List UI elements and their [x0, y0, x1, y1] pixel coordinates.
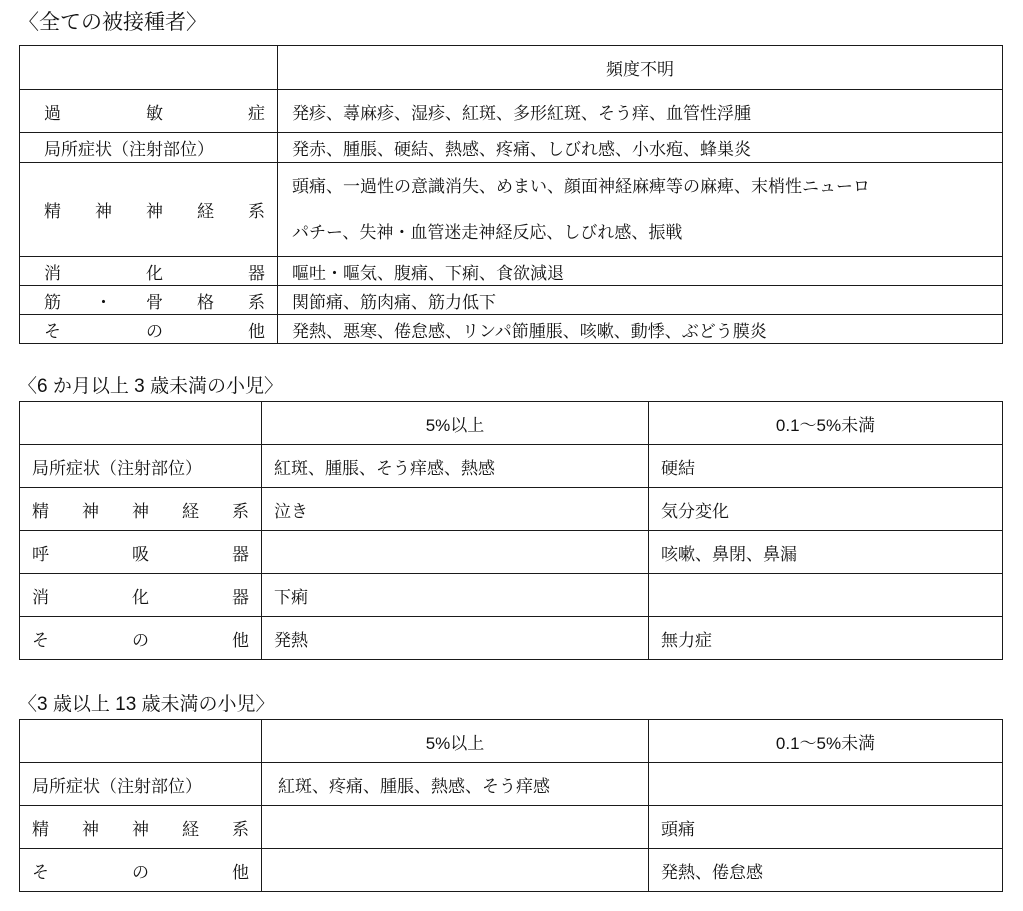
header-5pct-or-more: 5%以上: [262, 402, 649, 445]
freq-0-1-to-5pct-cell: 硬結: [649, 445, 1003, 488]
header-category-cell: [20, 402, 262, 445]
frequency-unknown-cell: 頭痛、一過性の意識消失、めまい、顔面神経麻痺等の麻痺、末梢性ニューロ パチー、失…: [278, 163, 1003, 257]
table-row: 消 化 器 下痢: [20, 574, 1003, 617]
table-header-row: 5%以上 0.1～5%未満: [20, 720, 1003, 763]
category-local-symptoms: 局所症状（注射部位）: [20, 133, 278, 163]
header-frequency-unknown: 頻度不明: [278, 46, 1003, 90]
freq-0-1-to-5pct-cell: 発熱、倦怠感: [649, 849, 1003, 892]
frequency-unknown-cell: 発熱、悪寒、倦怠感、リンパ節腫脹、咳嗽、動悸、ぶどう膜炎: [278, 315, 1003, 344]
category-digestive: 消 化 器: [20, 257, 278, 286]
freq-5pct-or-more-cell: 発熱: [262, 617, 649, 660]
category-local-symptoms: 局所症状（注射部位）: [20, 445, 262, 488]
freq-5pct-or-more-cell: 下痢: [262, 574, 649, 617]
frequency-unknown-cell: 発赤、腫脹、硬結、熱感、疼痛、しびれ感、小水疱、蜂巣炎: [278, 133, 1003, 163]
table-row: 過 敏 症 発疹、蕁麻疹、湿疹、紅斑、多形紅斑、そう痒、血管性浮腫: [20, 90, 1003, 133]
category-digestive: 消 化 器: [20, 574, 262, 617]
table-row: 精 神 神 経 系 泣き 気分変化: [20, 488, 1003, 531]
category-hypersensitivity: 過 敏 症: [20, 90, 278, 133]
cell-line-2: パチー、失神・血管迷走神経反応、しびれ感、振戦: [292, 210, 992, 256]
category-neuropsychiatric: 精 神 神 経 系: [20, 163, 278, 257]
freq-0-1-to-5pct-cell: 気分変化: [649, 488, 1003, 531]
table-row: 局所症状（注射部位） 発赤、腫脹、硬結、熱感、疼痛、しびれ感、小水疱、蜂巣炎: [20, 133, 1003, 163]
adverse-reactions-table-all: 頻度不明 過 敏 症 発疹、蕁麻疹、湿疹、紅斑、多形紅斑、そう痒、血管性浮腫 局…: [19, 45, 1003, 344]
freq-5pct-or-more-cell: [262, 531, 649, 574]
freq-5pct-or-more-cell: [262, 849, 649, 892]
header-5pct-or-more: 5%以上: [262, 720, 649, 763]
frequency-unknown-cell: 嘔吐・嘔気、腹痛、下痢、食欲減退: [278, 257, 1003, 286]
category-local-symptoms: 局所症状（注射部位）: [20, 763, 262, 806]
category-other: そ の 他: [20, 617, 262, 660]
category-neuropsychiatric: 精 神 神 経 系: [20, 488, 262, 531]
table-row: そ の 他 発熱 無力症: [20, 617, 1003, 660]
table-row: そ の 他 発熱、倦怠感: [20, 849, 1003, 892]
section-title-3y-13y: 〈3 歳以上 13 歳未満の小児〉: [18, 692, 275, 718]
frequency-unknown-cell: 発疹、蕁麻疹、湿疹、紅斑、多形紅斑、そう痒、血管性浮腫: [278, 90, 1003, 133]
header-category-cell: [20, 720, 262, 763]
table-row: 筋 ・ 骨 格 系 関節痛、筋肉痛、筋力低下: [20, 286, 1003, 315]
category-musculoskeletal: 筋 ・ 骨 格 系: [20, 286, 278, 315]
category-other: そ の 他: [20, 849, 262, 892]
table-row: 局所症状（注射部位） 紅斑、疼痛、腫脹、熱感、そう痒感: [20, 763, 1003, 806]
table-header-row: 頻度不明: [20, 46, 1003, 90]
table-row: 局所症状（注射部位） 紅斑、腫脹、そう痒感、熱感 硬結: [20, 445, 1003, 488]
adverse-reactions-table-3y-13y: 5%以上 0.1～5%未満 局所症状（注射部位） 紅斑、疼痛、腫脹、熱感、そう痒…: [19, 719, 1003, 892]
category-other: そ の 他: [20, 315, 278, 344]
table-row: 精 神 神 経 系 頭痛、一過性の意識消失、めまい、顔面神経麻痺等の麻痺、末梢性…: [20, 163, 1003, 257]
category-neuropsychiatric: 精 神 神 経 系: [20, 806, 262, 849]
table-row: 消 化 器 嘔吐・嘔気、腹痛、下痢、食欲減退: [20, 257, 1003, 286]
section-title-6m-3y: 〈6 か月以上 3 歳未満の小児〉: [18, 374, 283, 400]
frequency-unknown-cell: 関節痛、筋肉痛、筋力低下: [278, 286, 1003, 315]
category-respiratory: 呼 吸 器: [20, 531, 262, 574]
freq-0-1-to-5pct-cell: [649, 574, 1003, 617]
table-row: 呼 吸 器 咳嗽、鼻閉、鼻漏: [20, 531, 1003, 574]
adverse-reactions-table-6m-3y: 5%以上 0.1～5%未満 局所症状（注射部位） 紅斑、腫脹、そう痒感、熱感 硬…: [19, 401, 1003, 660]
freq-5pct-or-more-cell: 紅斑、疼痛、腫脹、熱感、そう痒感: [262, 763, 649, 806]
freq-0-1-to-5pct-cell: [649, 763, 1003, 806]
table-header-row: 5%以上 0.1～5%未満: [20, 402, 1003, 445]
section-title-all-vaccinees: 〈全ての被接種者〉: [18, 9, 207, 35]
cell-line-1: 頭痛、一過性の意識消失、めまい、顔面神経麻痺等の麻痺、末梢性ニューロ: [292, 164, 992, 210]
freq-5pct-or-more-cell: [262, 806, 649, 849]
freq-0-1-to-5pct-cell: 無力症: [649, 617, 1003, 660]
header-0-1-to-5pct: 0.1～5%未満: [649, 720, 1003, 763]
freq-0-1-to-5pct-cell: 頭痛: [649, 806, 1003, 849]
freq-5pct-or-more-cell: 紅斑、腫脹、そう痒感、熱感: [262, 445, 649, 488]
freq-0-1-to-5pct-cell: 咳嗽、鼻閉、鼻漏: [649, 531, 1003, 574]
freq-5pct-or-more-cell: 泣き: [262, 488, 649, 531]
header-0-1-to-5pct: 0.1～5%未満: [649, 402, 1003, 445]
header-category-cell: [20, 46, 278, 90]
table-row: そ の 他 発熱、悪寒、倦怠感、リンパ節腫脹、咳嗽、動悸、ぶどう膜炎: [20, 315, 1003, 344]
table-row: 精 神 神 経 系 頭痛: [20, 806, 1003, 849]
